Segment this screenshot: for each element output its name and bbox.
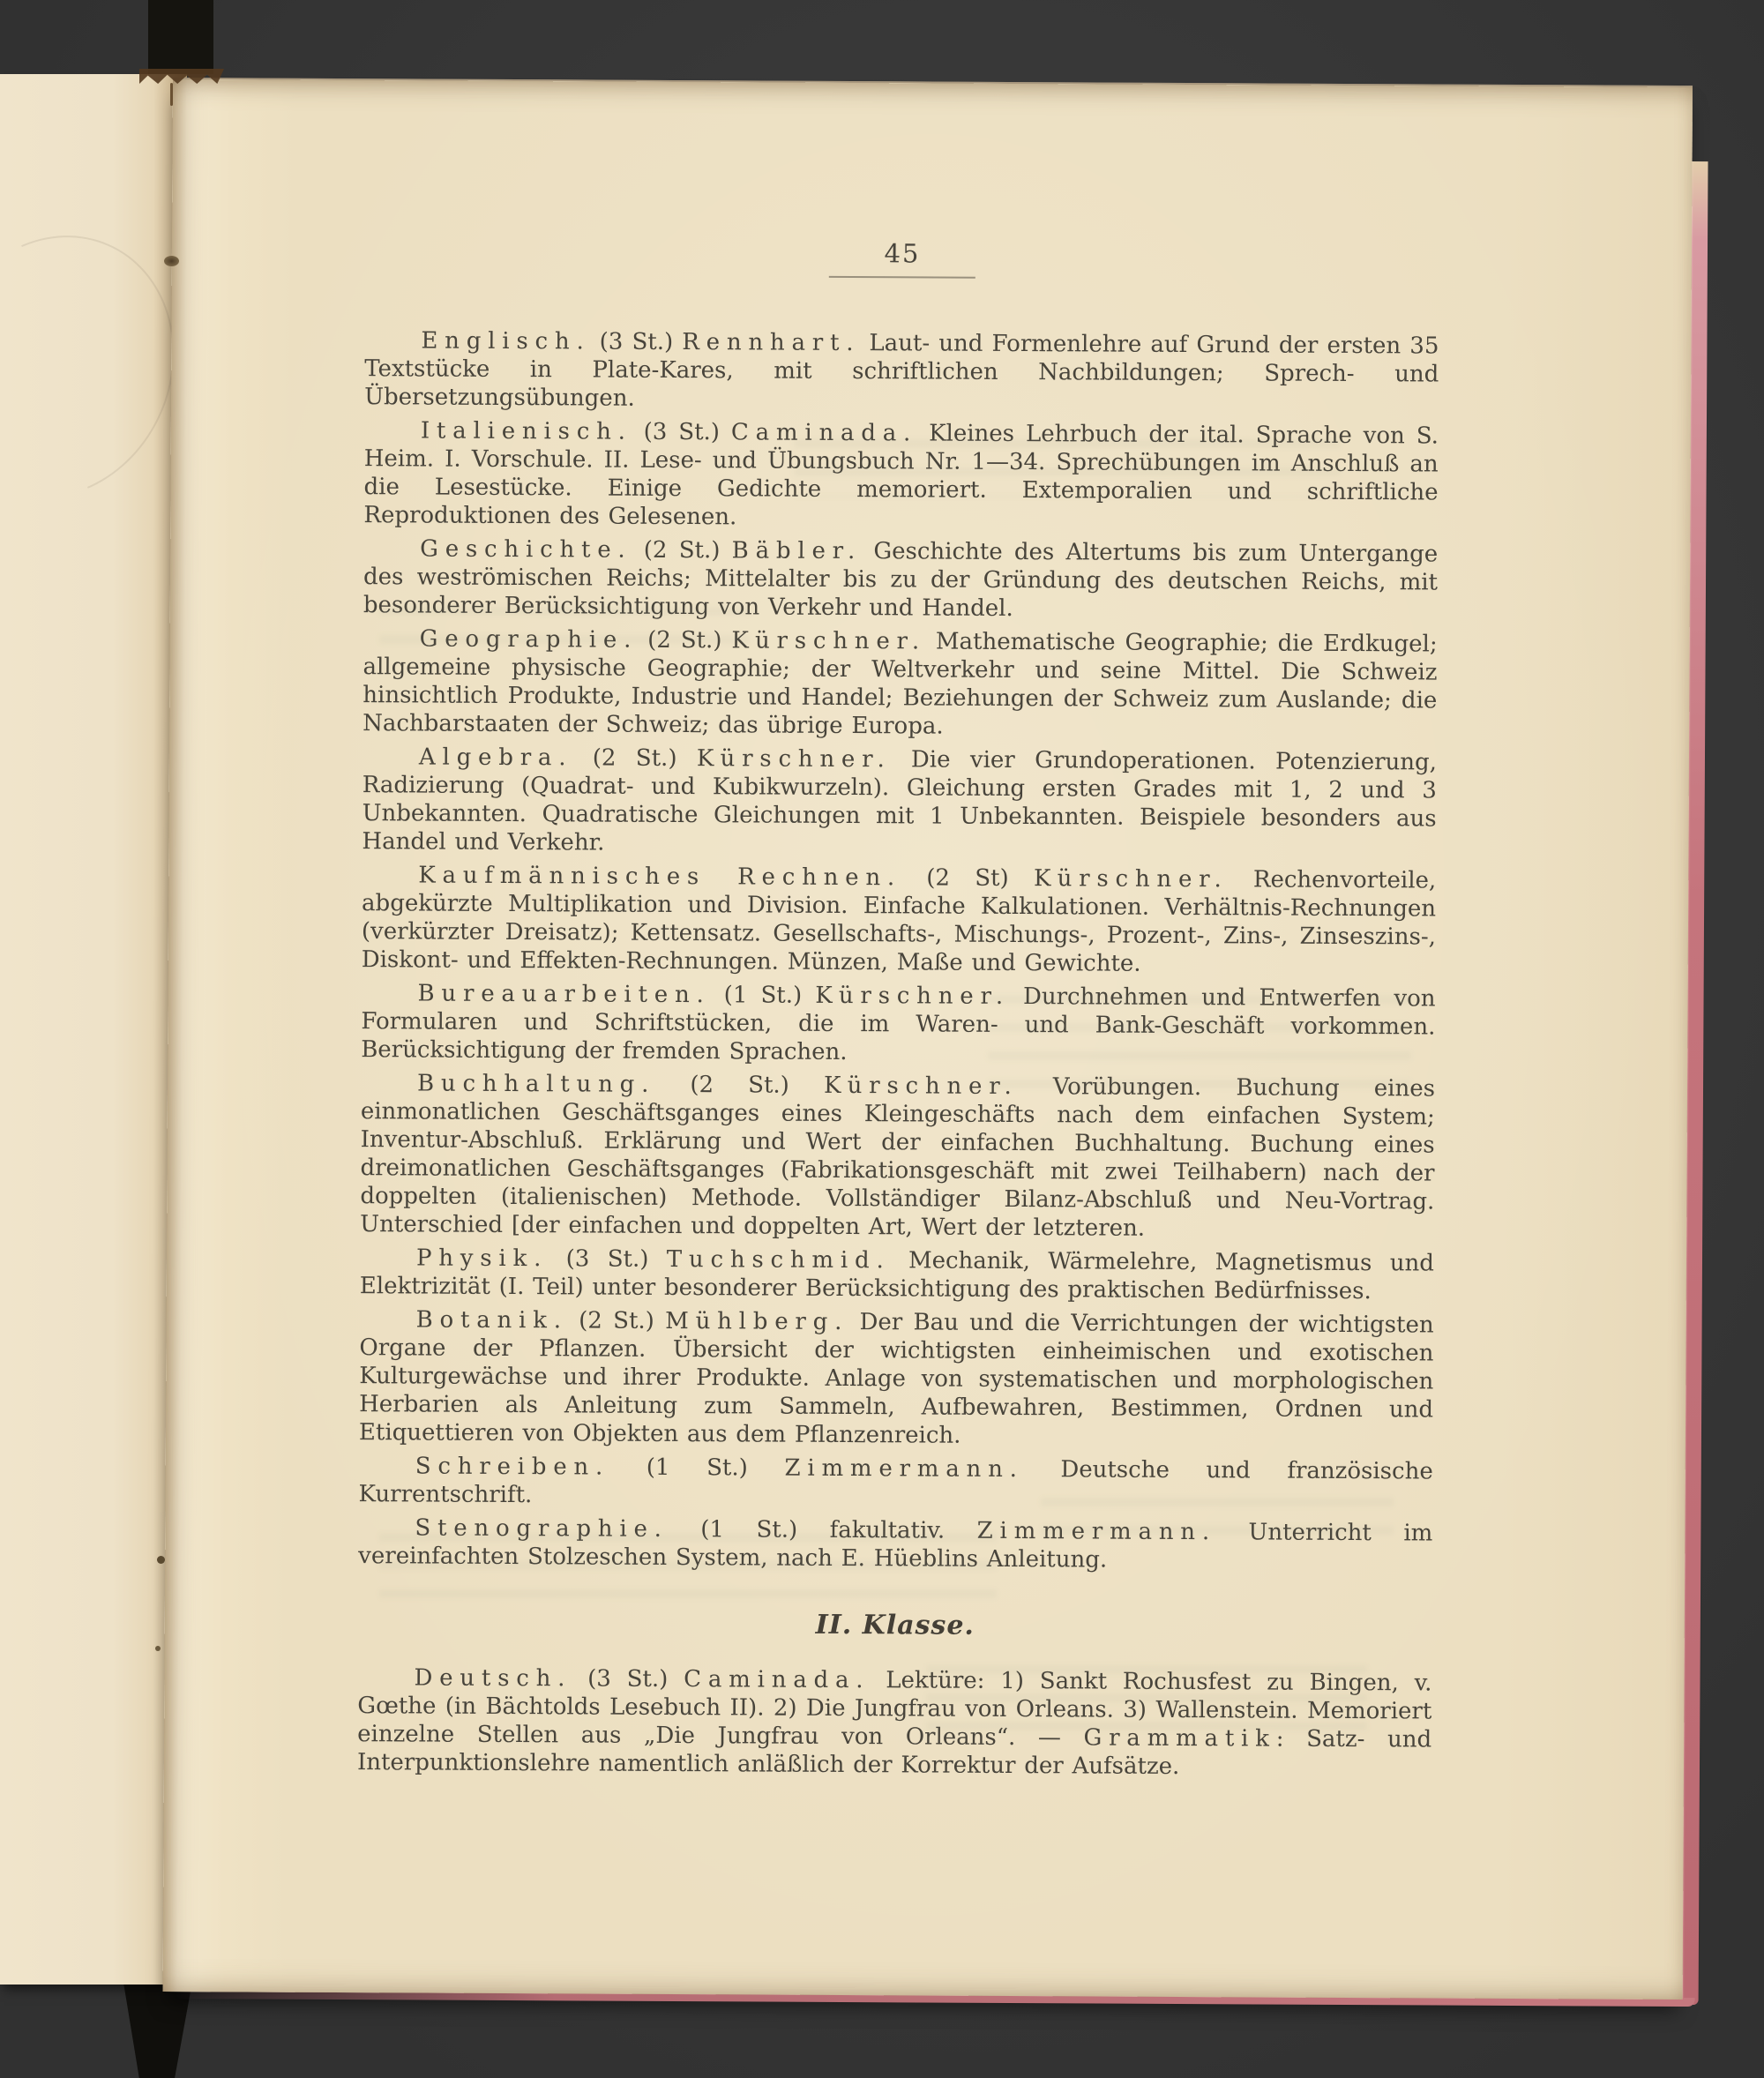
body-text: (2 St) [901,864,1034,892]
letterspaced-text: Geographie. [420,625,639,653]
body-text: (2 St.) [638,627,731,654]
letterspaced-text: Botanik. [416,1306,568,1334]
class-heading: II. Klasse. [358,1607,1432,1644]
letterspaced-text: Kürschner. [824,1073,1019,1100]
body-text: (3 St.) [572,1665,684,1693]
curriculum-paragraph: Botanik. (2 St.) Mühlberg. Der Bau und d… [359,1305,1434,1452]
letterspaced-text: Zimmermann. [977,1518,1216,1545]
curriculum-paragraph: Stenographie. (1 St.) fakultativ. Zimmer… [358,1514,1432,1575]
letterspaced-text: Caminada. [684,1666,870,1693]
body-text: (3 St.) [590,328,682,355]
body-text: (3 St.) [632,419,731,446]
letterspaced-text: Deutsch. [414,1664,572,1692]
book-page: 45 Englisch. (3 St.) Rennhart. Laut- und… [163,78,1693,2000]
curriculum-paragraph: Italienisch. (3 St.) Caminada. Kleines L… [363,416,1439,534]
curriculum-paragraph: Buchhaltung. (2 St.) Kürschner. Vorübung… [360,1069,1435,1244]
letterspaced-text: Bäbler. [732,537,863,564]
letterspaced-text: Zimmermann. [784,1455,1023,1483]
letterspaced-text: Kürschner. [1034,865,1229,893]
letterspaced-text: Caminada. [731,419,917,446]
curriculum-paragraph: Kaufmännisches Rechnen. (2 St) Kürschner… [362,861,1437,979]
curriculum-paragraph: Englisch. (3 St.) Rennhart. Laut- und Fo… [364,326,1439,416]
body-text: (1 St.) fakultativ. [669,1516,977,1544]
letterspaced-text: Kürschner. [697,745,892,773]
letterspaced-text: Rennhart. [682,329,860,356]
body-text: (1 St.) [609,1454,785,1482]
letterspaced-text: Physik. [416,1245,548,1272]
page-number-rule [829,276,975,279]
body-text: (2 St.) [655,1072,824,1099]
body-text: (2 St.) [568,1307,666,1334]
curriculum-paragraph: Schreiben. (1 St.) Zimmermann. Deutsche … [359,1452,1433,1514]
letterspaced-text: Algebra. [419,744,573,771]
letterspaced-text: Englisch. [421,327,590,355]
letterspaced-text: Tuchschmid. [667,1246,891,1274]
letterspaced-text: Mühlberg. [665,1308,848,1335]
letterspaced-text: Bureauarbeiten. [417,980,710,1008]
bookmark-ribbon [148,0,213,74]
letterspaced-text: Schreiben. [415,1453,609,1480]
curriculum-paragraph: Bureauarbeiten. (1 St.) Kürschner. Durch… [361,979,1435,1069]
letterspaced-text: Buchhaltung. [417,1070,655,1097]
binding-thread [170,83,173,106]
curriculum-paragraph: Geographie. (2 St.) Kürschner. Mathemati… [363,624,1438,743]
left-page-sliver [0,74,187,1985]
body-text: (2 St.) [632,537,731,564]
page-header: 45 [365,235,1439,280]
curriculum-paragraph: Deutsch. (3 St.) Caminada. Lektüre: 1) S… [357,1663,1432,1782]
letterspaced-text: Grammatik [1083,1724,1275,1752]
letterspaced-text: Kürschner. [731,627,926,654]
letterspaced-text: Kürschner. [815,983,1010,1010]
gutter-speck [157,1556,165,1564]
page-number: 45 [884,238,920,268]
letterspaced-text: Kaufmännisches Rechnen. [418,862,901,891]
curriculum-paragraph: Physik. (3 St.) Tuchschmid. Mechanik, Wä… [360,1244,1434,1305]
body-text: (1 St.) [711,982,816,1009]
scanned-book-spread: 45 Englisch. (3 St.) Rennhart. Laut- und… [0,0,1764,2078]
letterspaced-text: Italienisch. [421,417,632,445]
letterspaced-text: Geschichte. [420,535,632,563]
letterspaced-text: Stenographie. [415,1514,669,1543]
body-text: (3 St.) [548,1245,667,1273]
gutter-speck [155,1646,161,1651]
curriculum-paragraph: Geschichte. (2 St.) Bäbler. Geschichte d… [363,534,1438,624]
text-column: 45 Englisch. (3 St.) Rennhart. Laut- und… [357,235,1439,1787]
curriculum-paragraph: Algebra. (2 St.) Kürschner. Die vier Gru… [362,743,1437,861]
gutter-speck [164,256,179,266]
body-text: (2 St.) [572,744,697,772]
text-content: Englisch. (3 St.) Rennhart. Laut- und Fo… [357,326,1439,1782]
